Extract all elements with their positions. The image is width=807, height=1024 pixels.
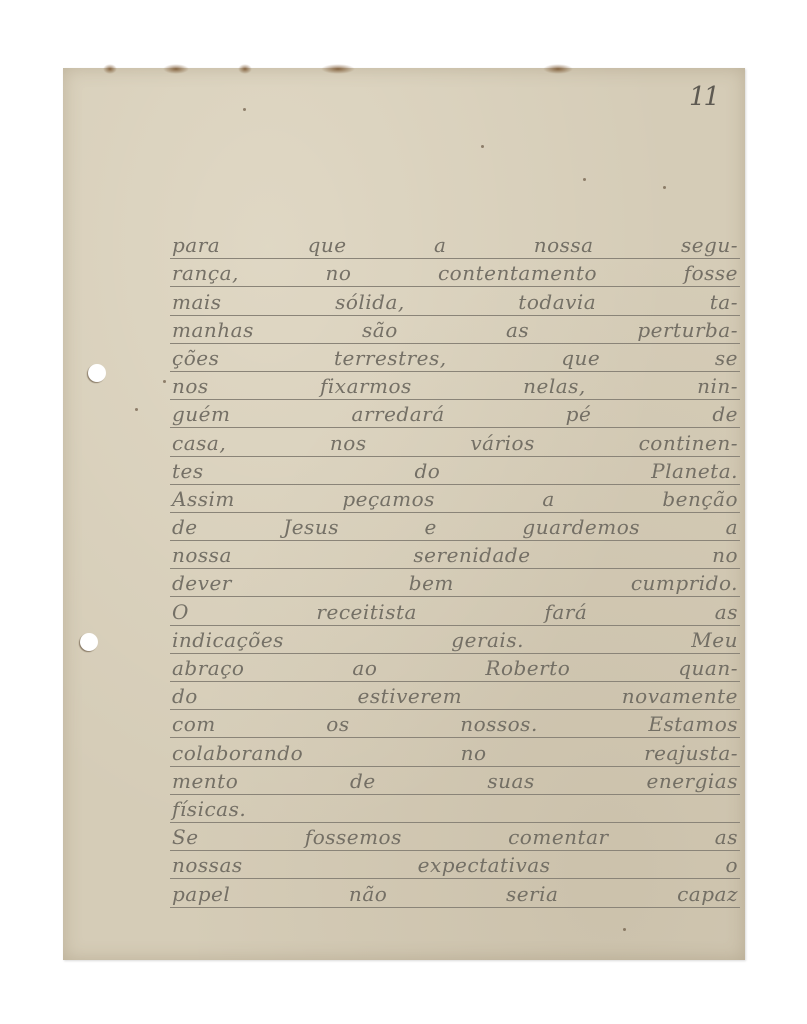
handwritten-line: nos fixarmos nelas, nin- [172, 374, 738, 398]
paper-speck [243, 108, 246, 111]
page-number: 11 [689, 82, 718, 112]
ruled-line: colaborando no reajusta- [170, 738, 740, 766]
handwritten-line: abraço ao Roberto quan- [172, 656, 738, 680]
handwritten-line: de Jesus e guardemos a [172, 515, 738, 539]
ruled-line: abraço ao Roberto quan- [170, 654, 740, 682]
handwritten-line: indicações gerais. Meu [172, 628, 738, 652]
handwritten-line: Assim peçamos a benção [172, 487, 738, 511]
ruled-line: dever bem cumprido. [170, 569, 740, 597]
handwritten-line: guém arredará pé de [172, 402, 738, 426]
ruled-line: físicas. [170, 795, 740, 823]
handwritten-line: para que a nossa segu- [172, 233, 738, 257]
ruled-line: mento de suas energias [170, 767, 740, 795]
handwritten-line: nossas expectativas o [172, 853, 738, 877]
paper-speck [623, 928, 626, 931]
letter-page: 11 para que a nossa segu- rança, no cont… [63, 68, 745, 960]
ruled-line: guém arredará pé de [170, 400, 740, 428]
paper-speck [163, 380, 166, 383]
ruled-line: indicações gerais. Meu [170, 626, 740, 654]
ruled-line: de Jesus e guardemos a [170, 513, 740, 541]
handwritten-line: mento de suas energias [172, 769, 738, 793]
handwritten-line: nossa serenidade no [172, 543, 738, 567]
handwritten-line: tes do Planeta. [172, 459, 738, 483]
foxing-stain [103, 64, 117, 74]
ruled-line: rança, no contentamento fosse [170, 259, 740, 287]
handwritten-line: casa, nos vários continen- [172, 431, 738, 455]
handwritten-line: mais sólida, todavia ta- [172, 290, 738, 314]
ruled-line: para que a nossa segu- [170, 231, 740, 259]
ruled-line: papel não seria capaz [170, 879, 740, 907]
handwritten-line: O receitista fará as [172, 600, 738, 624]
paper-speck [135, 408, 138, 411]
handwritten-line: manhas são as perturba- [172, 318, 738, 342]
handwritten-text-body: para que a nossa segu- rança, no content… [170, 231, 740, 908]
foxing-stain [543, 64, 573, 74]
foxing-stain [163, 64, 189, 74]
ruled-line: O receitista fará as [170, 597, 740, 625]
foxing-stain [321, 64, 355, 74]
foxing-stain [238, 64, 252, 74]
ruled-line: com os nossos. Estamos [170, 710, 740, 738]
ruled-line: mais sólida, todavia ta- [170, 287, 740, 315]
handwritten-line: do estiverem novamente [172, 684, 738, 708]
paper-speck [481, 145, 484, 148]
handwritten-line: dever bem cumprido. [172, 571, 738, 595]
ruled-line: ções terrestres, que se [170, 344, 740, 372]
handwritten-line: Se fossemos comentar as [172, 825, 738, 849]
punch-hole-top [88, 364, 106, 382]
handwritten-line: colaborando no reajusta- [172, 741, 738, 765]
ruled-line: Assim peçamos a benção [170, 485, 740, 513]
handwritten-line: ções terrestres, que se [172, 346, 738, 370]
ruled-line: tes do Planeta. [170, 457, 740, 485]
ruled-line: do estiverem novamente [170, 682, 740, 710]
ruled-line: casa, nos vários continen- [170, 428, 740, 456]
handwritten-line: papel não seria capaz [172, 882, 738, 906]
paper-speck [663, 186, 666, 189]
ruled-line: Se fossemos comentar as [170, 823, 740, 851]
ruled-line: nos fixarmos nelas, nin- [170, 372, 740, 400]
punch-hole-bottom [80, 633, 98, 651]
handwritten-line: com os nossos. Estamos [172, 712, 738, 736]
ruled-line: nossa serenidade no [170, 541, 740, 569]
ruled-line: manhas são as perturba- [170, 316, 740, 344]
paper-speck [583, 178, 586, 181]
ruled-line: nossas expectativas o [170, 851, 740, 879]
handwritten-line: rança, no contentamento fosse [172, 261, 738, 285]
handwritten-line: físicas. [172, 797, 738, 821]
